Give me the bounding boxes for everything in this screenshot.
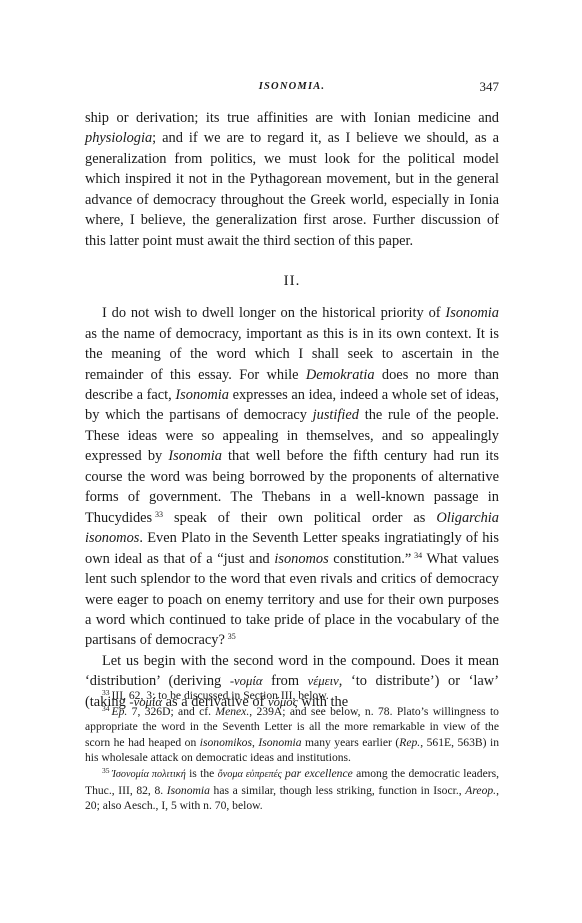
paragraph-continued: ship or derivation; its true affinities …	[85, 108, 499, 251]
italic-term: Isonomia	[168, 448, 222, 464]
greek-term: -νομία	[230, 674, 263, 688]
footnote-35: 35Ἰσονομία πολιτική is the ὄνομα εὐπρεπέ…	[85, 766, 499, 814]
footnote-reference[interactable]: 35	[228, 632, 236, 641]
footnote-number: 35	[102, 766, 110, 775]
page-number: 347	[480, 78, 500, 96]
footnotes: 33III, 62, 3; to be discussed in Section…	[85, 688, 499, 814]
footnote-number: 33	[102, 688, 110, 697]
running-title: ISONOMIA.	[85, 78, 499, 96]
text-run: ship or derivation; its true affinities …	[85, 110, 499, 126]
italic-term: Isonomia	[258, 736, 301, 749]
greek-term: νέμειν	[308, 674, 339, 688]
text-run: 7, 326D; and cf.	[127, 705, 215, 718]
italic-term: justified	[313, 407, 359, 423]
text-run: many years earlier (	[302, 736, 400, 749]
body-text: ship or derivation; its true affinities …	[85, 108, 499, 712]
italic-term: par excellence	[285, 767, 353, 780]
text-run: constitution.”	[329, 551, 412, 567]
greek-term: ὄνομα εὐπρεπές	[218, 769, 282, 780]
text-run: is the	[186, 767, 218, 780]
italic-term: isonomikos	[200, 736, 252, 749]
italic-term: Isonomia	[167, 784, 210, 797]
italic-term: physiologia	[85, 130, 152, 146]
italic-term: isonomos	[274, 551, 328, 567]
text-run: from	[263, 673, 308, 689]
paragraph: I do not wish to dwell longer on the his…	[85, 303, 499, 651]
text-run: has a similar, though less striking, fun…	[210, 784, 465, 797]
text-run: I do not wish to dwell longer on the his…	[102, 305, 445, 321]
greek-term: Ἰσονομία πολιτική	[112, 769, 186, 780]
italic-term: Ep.	[112, 705, 128, 718]
italic-term: Isonomia	[445, 305, 499, 321]
section-heading: II.	[85, 271, 499, 291]
text-run: III, 62, 3; to be discussed in Section I…	[112, 689, 329, 702]
italic-term: Menex.	[215, 705, 249, 718]
italic-term: Demokratia	[306, 367, 375, 383]
book-page: ISONOMIA. 347 ship or derivation; its tr…	[0, 0, 582, 923]
footnote-number: 34	[102, 704, 110, 713]
italic-term: Rep.	[399, 736, 420, 749]
running-head: ISONOMIA. 347	[85, 78, 499, 96]
footnote-reference[interactable]: 33	[155, 510, 163, 519]
italic-term: Areop.	[465, 784, 496, 797]
footnote-33: 33III, 62, 3; to be discussed in Section…	[85, 688, 499, 704]
text-run: speak of their own political order as	[163, 510, 436, 526]
footnote-34: 34Ep. 7, 326D; and cf. Menex., 239A; and…	[85, 704, 499, 766]
italic-term: Isonomia	[175, 387, 229, 403]
footnote-reference[interactable]: 34	[414, 551, 422, 560]
text-run: ; and if we are to regard it, as I belie…	[85, 130, 499, 248]
